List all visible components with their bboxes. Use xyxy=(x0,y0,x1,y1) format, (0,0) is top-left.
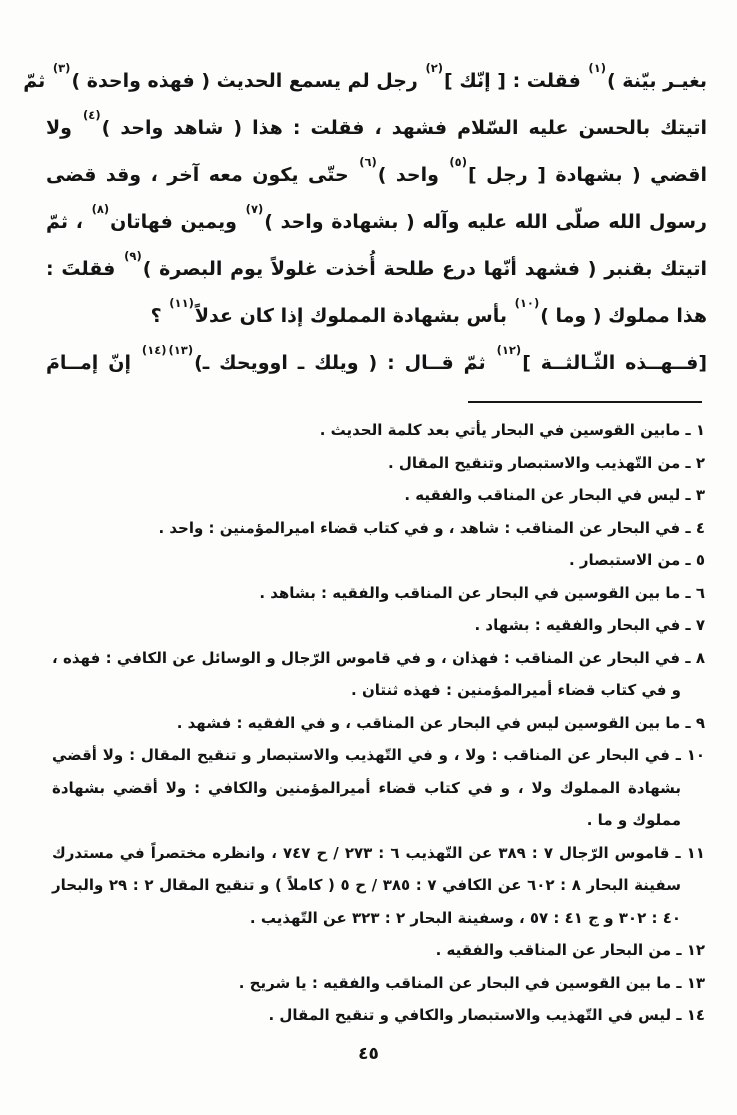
footnote-marker: (١٢) xyxy=(496,345,523,357)
footnotes-list: ١ ـ مابين القوسين في البحار يأتي بعد كلم… xyxy=(52,414,705,1032)
footnote-item: ٥ ـ من الاستبصار . xyxy=(52,544,705,577)
footnote-item: ١٣ ـ ما بين القوسين في البحار عن المناقب… xyxy=(52,967,705,1000)
footnote-marker: (١٠) xyxy=(514,298,541,310)
footnote-marker: (١) xyxy=(587,63,607,75)
footnote-marker: (١١) xyxy=(168,298,195,310)
footnote-item: ٩ ـ ما بين القوسين ليس في البحار عن المن… xyxy=(52,707,705,740)
footnote-item: ٣ ـ ليس في البحار عن المناقب والفقيه . xyxy=(52,479,705,512)
footnote-item: ١٢ ـ من البحار عن المناقب والفقيه . xyxy=(52,934,705,967)
footnote-item: ١ ـ مابين القوسين في البحار يأتي بعد كلم… xyxy=(52,414,705,447)
footnote-item: ٤ ـ في البحار عن المناقب : شاهد ، و في ك… xyxy=(52,512,705,545)
footnote-marker: (١٣) xyxy=(168,345,195,357)
main-text-line: هذا مملوك ( وما )(١٠) بأس بشهادة المملوك… xyxy=(46,293,707,340)
main-text-line: اتيتك بالحسن عليه السّلام فشهد ، فقلت : … xyxy=(46,105,707,152)
footnote-marker: (٤) xyxy=(82,110,102,122)
footnote-item: ١١ ـ قاموس الرّجال ٧ : ٣٨٩ عن التّهذيب ٦… xyxy=(52,837,705,935)
document-page: بغيـر بيّنة )(١) فقلت : [ إنّك ](٢) رجل … xyxy=(0,0,737,1115)
main-text-line: اتيتك بقنبر ( فشهد أنّها درع طلحة أُخذت … xyxy=(46,246,707,293)
main-text-line: رسول الله صلّى الله عليه وآله ( بشهادة و… xyxy=(46,199,707,246)
footnote-marker: (٦) xyxy=(358,157,378,169)
main-text: بغيـر بيّنة )(١) فقلت : [ إنّك ](٢) رجل … xyxy=(46,58,707,387)
page-number: ٤٥ xyxy=(0,1044,737,1064)
footnote-marker: (١٤) xyxy=(141,345,168,357)
main-text-line: بغيـر بيّنة )(١) فقلت : [ إنّك ](٢) رجل … xyxy=(46,58,707,105)
main-text-line: [فــهــذه الثّـالثــة ](١٢) ثمّ قــال : … xyxy=(46,340,707,387)
footnote-marker: (٥) xyxy=(448,157,468,169)
footnote-marker: (٢) xyxy=(424,63,444,75)
footnote-item: ١٠ ـ في البحار عن المناقب : ولا ، و في ا… xyxy=(52,739,705,837)
footnote-item: ١٤ ـ ليس في التّهذيب والاستبصار والكافي … xyxy=(52,999,705,1032)
footnote-item: ٧ ـ في البحار والفقيه : بشهاد . xyxy=(52,609,705,642)
footnote-marker: (٧) xyxy=(245,204,265,216)
footnote-marker: (٣) xyxy=(52,63,72,75)
footnote-marker: (٩) xyxy=(123,251,143,263)
footnote-item: ٦ ـ ما بين القوسين في البحار عن المناقب … xyxy=(52,577,705,610)
footnote-separator xyxy=(468,401,702,403)
footnote-marker: (٨) xyxy=(91,204,111,216)
main-text-line: اقضي ( بشهادة [ رجل ](٥) واحد )(٦) حتّى … xyxy=(46,152,707,199)
footnote-item: ٨ ـ في البحار عن المناقب : فهذان ، و في … xyxy=(52,642,705,707)
footnote-item: ٢ ـ من التّهذيب والاستبصار وتنقيح المقال… xyxy=(52,447,705,480)
